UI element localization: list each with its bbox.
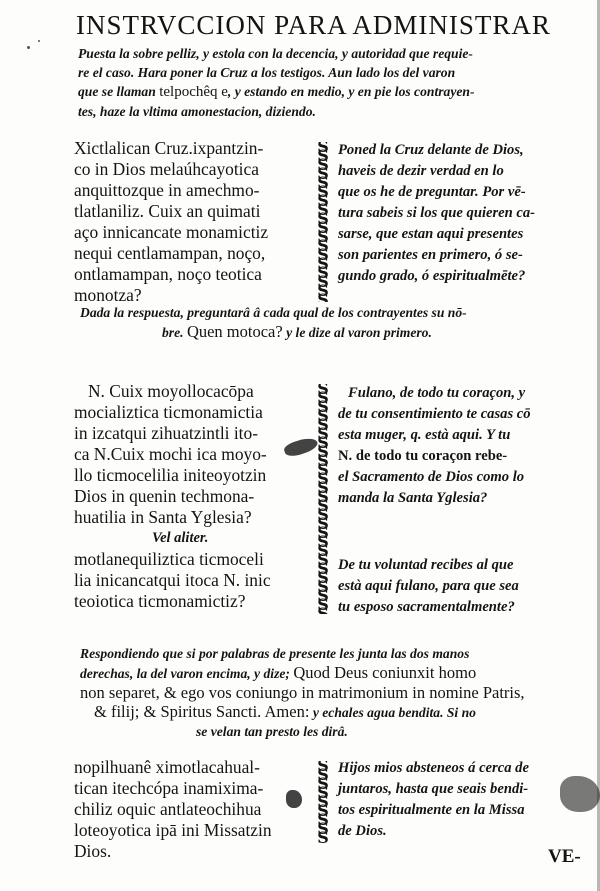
- rubric-text: bre.: [162, 325, 184, 340]
- spanish-column-3: Hijos mios absteneos á cerca de juntaros…: [338, 758, 594, 842]
- spanish-column-2: Fulano, de todo tu coraçon, y de tu cons…: [338, 383, 594, 509]
- rubric-line: se velan tan presto les dirâ.: [80, 722, 592, 741]
- nahuatl-line: tlatlaniliz. Cuix an quimati: [74, 201, 310, 222]
- spanish-line: manda la Santa Yglesia?: [338, 488, 594, 509]
- nahuatl-column-3: nopilhuanê ximotlacahual- tican itechcóp…: [74, 757, 310, 862]
- spanish-line: el Sacramento de Dios como lo: [338, 467, 594, 488]
- nahuatl-line: nequi centlamampan, noço,: [74, 243, 310, 264]
- s-ornament-divider: SSSSSSSSSSSSSSSSSSSSSSSSSS: [312, 384, 334, 614]
- ink-speck: [38, 40, 40, 42]
- spanish-line: De tu voluntad recibes al que: [338, 555, 594, 576]
- rubric-2: Respondiendo que si por palabras de pres…: [80, 644, 592, 741]
- spanish-line: esta muger, q. està aqui. Y tu: [338, 425, 594, 446]
- nahuatl-line: anquittozque in amechmo-: [74, 180, 310, 201]
- s-ornament-divider: SSSSSSSSSSSSSSSSSS: [312, 142, 334, 302]
- nahuatl-line: Dios.: [74, 841, 310, 862]
- catchword: VE-: [548, 846, 581, 868]
- nahuatl-line: mocializtica ticmonamictia: [74, 402, 320, 423]
- spanish-line: tu esposo sacramentalmente?: [338, 597, 594, 618]
- spanish-line: juntaros, hasta que seais bendi-: [338, 779, 594, 800]
- nahuatl-line: Xictlalican Cruz.ixpantzin-: [74, 138, 310, 159]
- page-title: INSTRVCCION PARA ADMINISTRAR: [76, 10, 586, 41]
- spanish-column-1: Poned la Cruz delante de Dios, haveis de…: [338, 140, 594, 287]
- intro-line: re el caso. Hara poner la Cruz a los tes…: [78, 63, 592, 82]
- intro-rubric: Puesta la sobre pelliz, y estola con la …: [78, 44, 592, 121]
- ink-damage: [560, 776, 600, 812]
- ink-blot: [286, 790, 302, 808]
- spanish-line: de Dios.: [338, 821, 594, 842]
- latin-formula-line: non separet, & ego vos coniungo in matri…: [80, 683, 592, 702]
- spanish-column-2b: De tu voluntad recibes al que està aqui …: [338, 555, 594, 618]
- nahuatl-line: ontlamampan, noço teotica: [74, 264, 310, 285]
- nahuatl-line: in izcatqui zihuatzintli ito-: [74, 423, 320, 444]
- nahuatl-line: motlanequiliztica ticmoceli: [74, 549, 320, 570]
- nahuatl-line: Dios in quenin techmona-: [74, 486, 320, 507]
- nahuatl-line: chiliz oquic antlateochihua: [74, 799, 310, 820]
- spanish-line: que os he de preguntar. Por vē-: [338, 182, 594, 203]
- intro-text: , y estando en medio, y en pie los contr…: [228, 84, 475, 99]
- vel-aliter-heading: Vel aliter.: [84, 528, 320, 549]
- nahuatl-line: lia inicancatqui itoca N. inic: [74, 570, 320, 591]
- nahuatl-column-2: N. Cuix moyollocacōpa mocializtica ticmo…: [84, 381, 320, 612]
- intro-line: Puesta la sobre pelliz, y estola con la …: [78, 44, 592, 63]
- spanish-line: N. de todo tu coraçon rebe-: [338, 446, 594, 467]
- spanish-line: tura sabeis si los que quieren ca-: [338, 203, 594, 224]
- intro-line: tes, haze la vltima amonestacion, dizien…: [78, 102, 592, 121]
- spanish-line: haveis de dezir verdad en lo: [338, 161, 594, 182]
- spanish-line: està aqui fulano, para que sea: [338, 576, 594, 597]
- nahuatl-column-1: Xictlalican Cruz.ixpantzin- co in Dios m…: [74, 138, 310, 306]
- spanish-line: son parientes en primero, ó se-: [338, 245, 594, 266]
- rubric-text: derechas, la del varon encima, y dize;: [80, 666, 290, 681]
- intro-text: que se llaman: [78, 84, 156, 99]
- nahuatl-line: nopilhuanê ximotlacahual-: [74, 757, 310, 778]
- spanish-line: tos espiritualmente en la Missa: [338, 800, 594, 821]
- spanish-line: de tu consentimiento te casas cō: [338, 404, 594, 425]
- nahuatl-line: huatilia in Santa Yglesia?: [74, 507, 320, 528]
- s-ornament-divider: SSSSSSSSS: [312, 761, 334, 845]
- rubric-line: & filij; & Spiritus Sancti. Amen: y echa…: [80, 702, 592, 722]
- nahuatl-line: aço innicancate monamictiz: [74, 222, 310, 243]
- nahuatl-line: co in Dios melaúhcayotica: [74, 159, 310, 180]
- nahuatl-term: telpochêq e: [159, 84, 228, 100]
- nahuatl-line: loteoyotica ipā ini Missatzin: [74, 820, 310, 841]
- spanish-line: Hijos mios absteneos á cerca de: [338, 758, 594, 779]
- spanish-line: gundo grado, ó espiritualmēte?: [338, 266, 594, 287]
- rubric-line: Dada la respuesta, preguntarâ â cada qua…: [80, 303, 592, 322]
- rubric-line: bre. Quen motoca? y le dize al varon pri…: [80, 322, 592, 342]
- rubric-text: y le dize al varon primero.: [286, 325, 432, 340]
- spanish-line: Poned la Cruz delante de Dios,: [338, 140, 594, 161]
- rubric-line: Respondiendo que si por palabras de pres…: [80, 644, 592, 663]
- spanish-line: Fulano, de todo tu coraçon, y: [338, 383, 594, 404]
- latin-formula: & filij; & Spiritus Sancti. Amen:: [94, 702, 309, 721]
- intro-line: que se llaman telpochêq e, y estando en …: [78, 82, 592, 102]
- nahuatl-line: ca N.Cuix mochi ica moyo-: [74, 444, 320, 465]
- nahuatl-line: N. Cuix moyollocacōpa: [84, 381, 320, 402]
- latin-formula: Quod Deus coniunxit homo: [293, 663, 476, 682]
- ink-speck: [27, 46, 30, 49]
- rubric-1: Dada la respuesta, preguntarâ â cada qua…: [80, 303, 592, 342]
- rubric-text: y echales agua bendita. Si no: [313, 705, 476, 720]
- nahuatl-line: teoiotica ticmonamictiz?: [74, 591, 320, 612]
- nahuatl-line: tican itechcópa inamixima-: [74, 778, 310, 799]
- spanish-line: sarse, que estan aqui presentes: [338, 224, 594, 245]
- rubric-line: derechas, la del varon encima, y dize; Q…: [80, 663, 592, 683]
- nahuatl-line: llo ticmocelilia initeoyotzin: [74, 465, 320, 486]
- nahuatl-question: Quen motoca?: [187, 322, 283, 341]
